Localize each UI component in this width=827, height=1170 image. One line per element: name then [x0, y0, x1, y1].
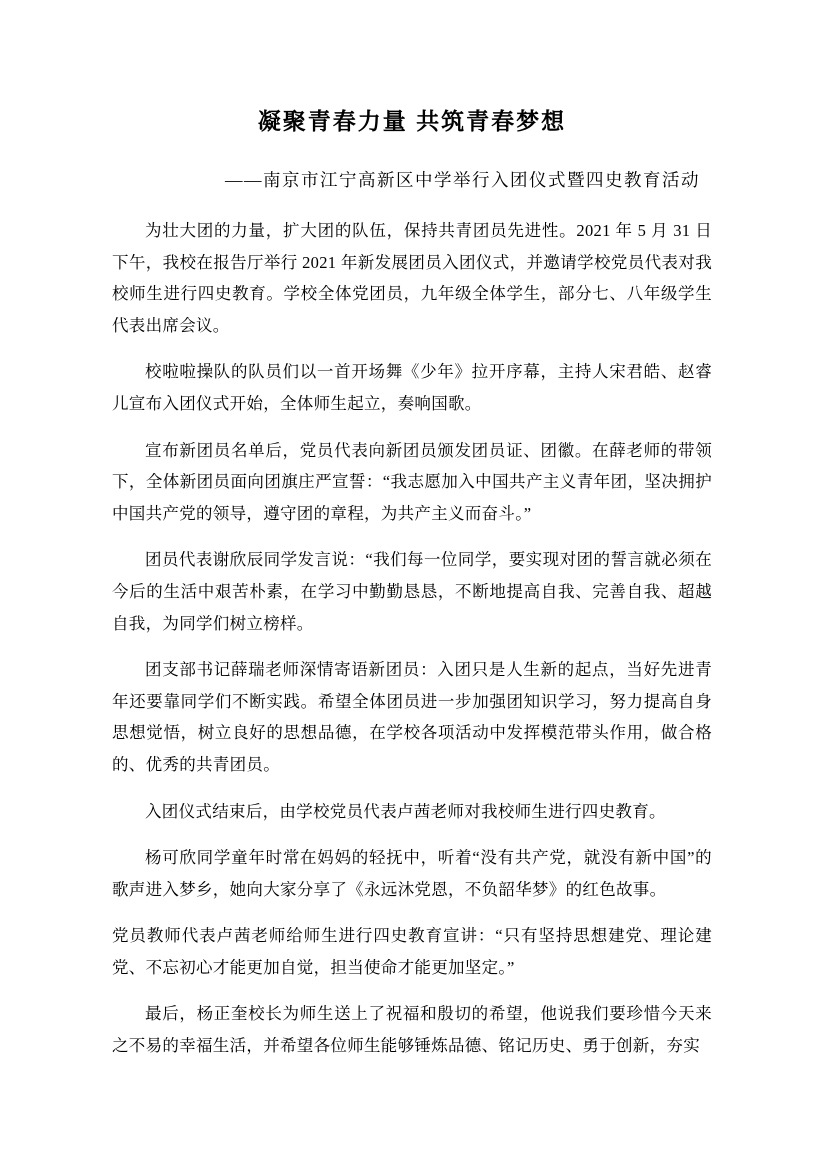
paragraph: 党员教师代表卢茜老师给师生进行四史教育宣讲：“只有坚持思想建党、理论建党、不忘初… — [112, 920, 712, 983]
page-title: 凝聚青春力量 共筑青春梦想 — [112, 105, 712, 138]
paragraph: 宣布新团员名单后，党员代表向新团员颁发团员证、团徽。在薛老师的带领下，全体新团员… — [112, 435, 712, 530]
paragraph: 杨可欣同学童年时常在妈妈的轻抚中，听着“没有共产党，就没有新中国”的歌声进入梦乡… — [112, 842, 712, 905]
paragraph: 校啦啦操队的队员们以一首开场舞《少年》拉开序幕，主持人宋君皓、赵睿儿宣布入团仪式… — [112, 356, 712, 419]
paragraph: 为壮大团的力量，扩大团的队伍，保持共青团员先进性。2021 年 5 月 31 日… — [112, 215, 712, 341]
paragraph: 团支部书记薛瑞老师深情寄语新团员：入团只是人生新的起点，当好先进青年还要靠同学们… — [112, 654, 712, 780]
paragraph: 团员代表谢欣辰同学发言说：“我们每一位同学，要实现对团的誓言就必须在今后的生活中… — [112, 544, 712, 639]
paragraph: 最后，杨正奎校长为师生送上了祝福和殷切的希望，他说我们要珍惜今天来之不易的幸福生… — [112, 998, 712, 1061]
document-page: 凝聚青春力量 共筑青春梦想 ——南京市江宁高新区中学举行入团仪式暨四史教育活动 … — [0, 0, 827, 1170]
document-body: 为壮大团的力量，扩大团的队伍，保持共青团员先进性。2021 年 5 月 31 日… — [112, 215, 712, 1062]
paragraph: 入团仪式结束后，由学校党员代表卢茜老师对我校师生进行四史教育。 — [112, 796, 712, 828]
page-subtitle: ——南京市江宁高新区中学举行入团仪式暨四史教育活动 — [112, 164, 700, 197]
